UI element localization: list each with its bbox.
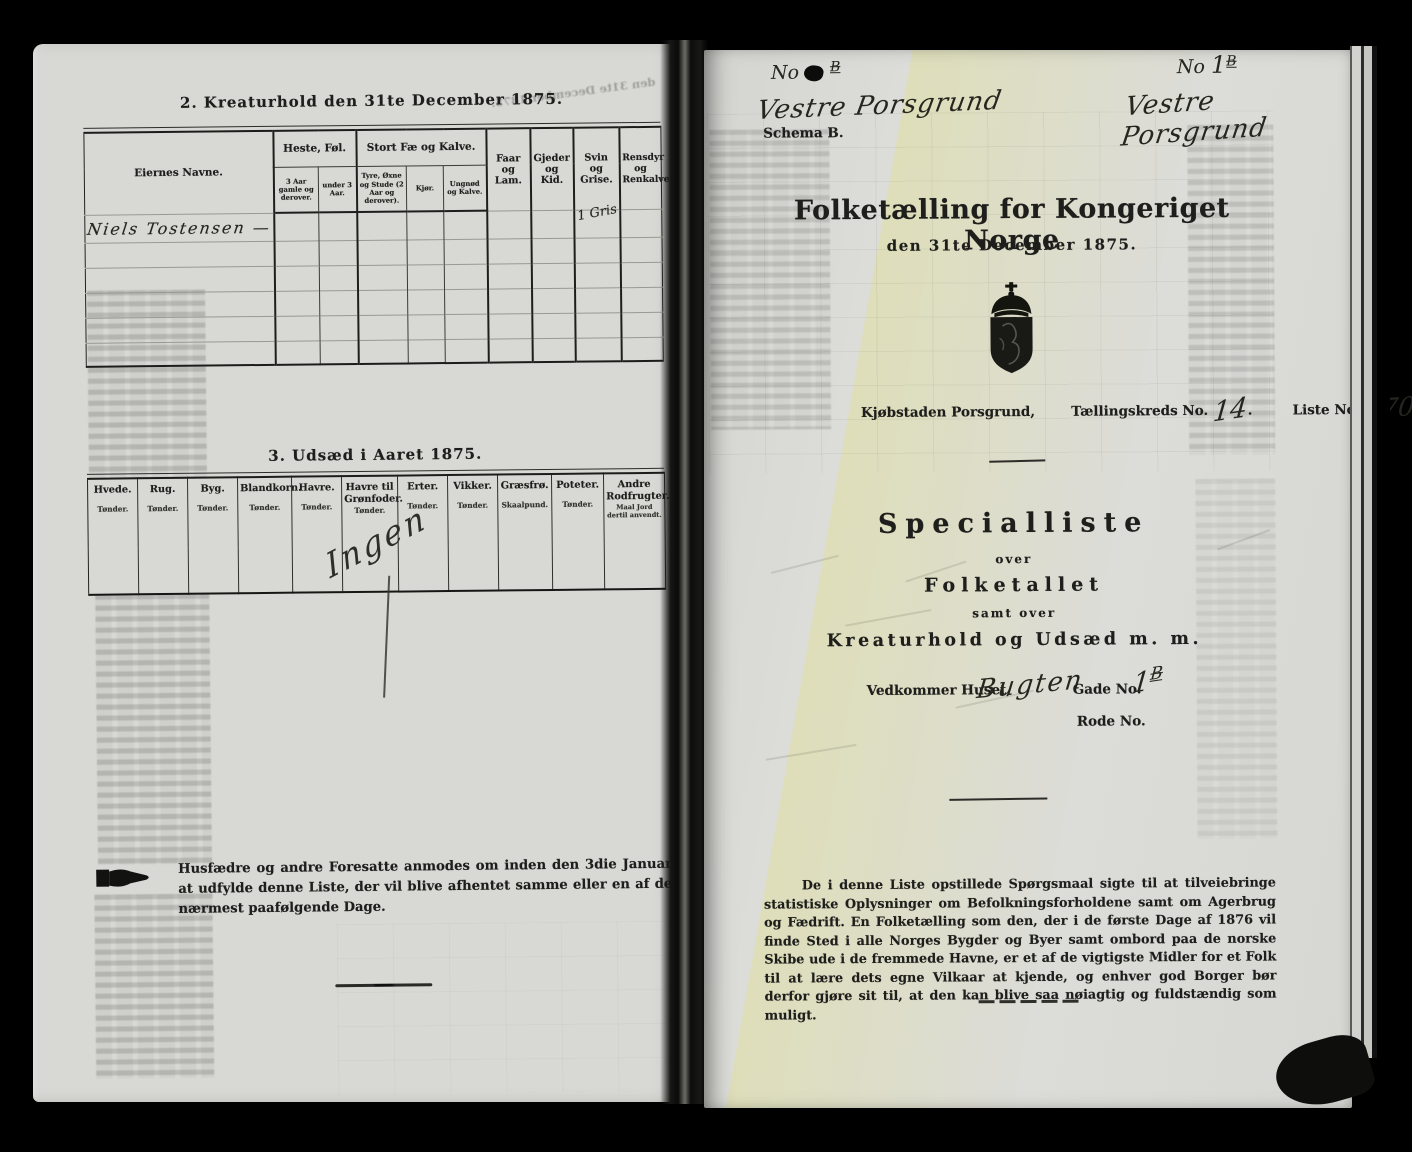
coat-of-arms-icon xyxy=(982,282,1041,380)
col-subheader-bulls: Tyre, Øxne og Stude (2 Aar og derover). xyxy=(356,165,406,212)
col-subheader-horses-young: under 3 Aar. xyxy=(318,166,356,212)
page-edge-strips xyxy=(1350,46,1390,1058)
col-group-cattle: Stort Fæ og Kalve. xyxy=(356,129,486,166)
pen-stroke-tail xyxy=(383,576,390,698)
street-number-letter: B xyxy=(1149,663,1163,685)
special-population: Folketallet xyxy=(754,572,1274,597)
col-header-reindeer: Rensdyr og Renkalve. xyxy=(619,127,662,209)
owner-entry-cell: Niels Tostensen — xyxy=(85,213,274,243)
livestock-table-title: 2. Kreaturhold den 31te December 1875. xyxy=(83,89,660,113)
district-number: 14 xyxy=(1212,392,1249,429)
special-list-title: Specialliste xyxy=(754,506,1274,540)
col-header-owner: Eiernes Navne. xyxy=(84,131,274,215)
pigs-entry-cell: 1 Gris xyxy=(574,209,620,237)
period: . xyxy=(1248,403,1253,419)
list-number-left: No B xyxy=(771,59,841,84)
col-group-horses: Heste, Føl. xyxy=(273,130,356,167)
city-label: Kjøbstaden Porsgrund, xyxy=(861,404,1035,421)
seed-col-header: Græsfrø.Skaalpund. xyxy=(497,474,552,545)
footnote: Husfædre og andre Foresatte anmodes om i… xyxy=(94,855,673,921)
ink-blot-icon xyxy=(803,64,825,84)
seed-col-header: Andre Rodfrugter.Maal Jord dertil anvend… xyxy=(603,473,665,544)
seed-col-header: Byg.Tønder. xyxy=(187,477,238,548)
census-subtitle: den 31te December 1875. xyxy=(752,235,1272,256)
col-header-pigs: Svin og Grise. xyxy=(573,127,620,209)
col-subheader-calves: Ungnød og Kalve. xyxy=(443,165,486,211)
explanatory-paragraph: De i denne Liste opstillede Spørgsmaal s… xyxy=(764,874,1277,1025)
list-number-suffix: B xyxy=(830,59,840,75)
livestock-table: Eiernes Navne. Heste, Føl. Stort Fæ og K… xyxy=(83,126,663,368)
seed-col-header: Hvede.Tønder. xyxy=(87,478,138,549)
list-number-prefix: No xyxy=(771,62,799,84)
footnote-text: Husfædre og andre Foresatte anmodes om i… xyxy=(178,855,673,920)
list-number-value: 1 xyxy=(1211,51,1226,79)
rode-label: Rode No. xyxy=(1077,713,1146,729)
col-header-sheep: Faar og Lam. xyxy=(486,128,531,210)
handwritten-street-number: 1B xyxy=(1131,663,1164,700)
bleed-through-grid xyxy=(337,921,669,1094)
divider-rule xyxy=(949,797,1047,800)
list-number-right: No 1B xyxy=(1177,51,1237,79)
seed-col-header: Blandkorn.Tønder. xyxy=(237,477,292,548)
district-label: Tællingskreds No. xyxy=(1071,403,1208,420)
list-number-prefix: No xyxy=(1177,56,1205,78)
district-name-right: Vestre Porsgrund xyxy=(1119,77,1353,153)
right-page-content: No B Vestre Porsgrund Schema B. No 1B Ve… xyxy=(701,48,1355,1110)
city-district-line: Kjøbstaden Porsgrund, Tællingskreds No. … xyxy=(861,390,1291,424)
bleed-through-mark xyxy=(766,744,857,761)
seed-col-header: Havre.Tønder. xyxy=(291,476,342,547)
col-subheader-horses-old: 3 Aar gamle og derover. xyxy=(273,166,318,212)
bleed-through-text xyxy=(95,594,212,865)
left-page-content: den 31te December 1875. 2. Kreaturhold d… xyxy=(27,41,686,1106)
col-subheader-cows: Kjør. xyxy=(406,165,443,211)
col-header-goats: Gjeder og Kid. xyxy=(530,128,574,210)
special-livestock: Kreaturhold og Udsæd m. m. xyxy=(754,628,1274,651)
handwritten-owner-name: Niels Tostensen — xyxy=(86,217,272,238)
seed-col-header: Vikker.Tønder. xyxy=(447,475,498,546)
bleed-through-text xyxy=(709,129,831,430)
handwritten-house-name: Bugten xyxy=(975,665,1085,705)
schema-label: Schema B. xyxy=(763,125,843,141)
seed-col-header: Rug.Tønder. xyxy=(137,478,188,549)
census-book-scan: den 31te December 1875. 2. Kreaturhold d… xyxy=(0,0,1412,1152)
seed-col-header: Poteter.Tønder. xyxy=(551,473,604,544)
manicule-icon xyxy=(96,866,152,895)
list-number-suffix: B xyxy=(1226,53,1236,69)
street-number-value: 1 xyxy=(1131,666,1151,700)
bleed-through-text xyxy=(94,894,214,1079)
